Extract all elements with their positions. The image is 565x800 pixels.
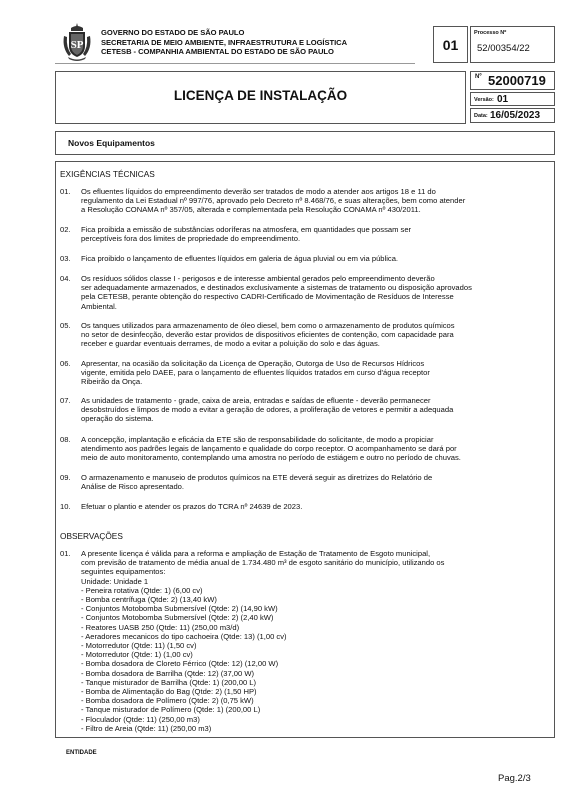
exigencia-item: 06. Apresentar, na ocasião da solicitaçã… — [60, 359, 546, 387]
org-line-cetesb: CETESB - COMPANHIA AMBIENTAL DO ESTADO D… — [101, 47, 347, 57]
document-title: LICENÇA DE INSTALAÇÃO — [174, 88, 347, 103]
item-text: A presente licença é válida para a refor… — [81, 549, 546, 733]
item-number: 05. — [60, 321, 71, 330]
exigencia-item: 05. Os tanques utilizados para armazenam… — [60, 321, 546, 349]
item-text: O armazenamento e manuseio de produtos q… — [81, 473, 546, 491]
version-box: Versão: 01 — [470, 92, 555, 106]
exigencia-item: 10. Efetuar o plantio e atender os prazo… — [60, 502, 546, 511]
item-text: As unidades de tratamento - grade, caixa… — [81, 396, 546, 424]
item-number: 10. — [60, 502, 71, 511]
org-line-secretariat: SECRETARIA DE MEIO AMBIENTE, INFRAESTRUT… — [101, 38, 347, 48]
item-text: Fica proibida a emissão de substâncias o… — [81, 225, 546, 243]
exigencia-item: 02. Fica proibida a emissão de substânci… — [60, 225, 546, 243]
item-text: Os resíduos sólidos classe I - perigosos… — [81, 274, 546, 311]
exigencia-item: 09. O armazenamento e manuseio de produt… — [60, 473, 546, 491]
item-number: 07. — [60, 396, 71, 405]
item-number: 03. — [60, 254, 71, 263]
date-value: 16/05/2023 — [490, 110, 540, 121]
page-number: Pag.2/3 — [498, 773, 531, 784]
item-number: 09. — [60, 473, 71, 482]
date-label: Data: — [474, 113, 488, 119]
page-code: 01 — [443, 37, 459, 53]
item-number: 06. — [60, 359, 71, 368]
item-text: A concepção, implantação e eficácia da E… — [81, 435, 546, 463]
process-number-box: Processo Nº 52/00354/22 — [470, 26, 555, 63]
item-number: 01. — [60, 549, 71, 558]
sao-paulo-coat-of-arms-icon: SP — [62, 22, 92, 62]
item-text: Apresentar, na ocasião da solicitação da… — [81, 359, 546, 387]
issuing-organization: GOVERNO DO ESTADO DE SÃO PAULO SECRETARI… — [101, 28, 347, 57]
date-box: Data: 16/05/2023 — [470, 108, 555, 123]
license-number-box: Nº 52000719 — [470, 71, 555, 90]
exigencia-item: 08. A concepção, implantação e eficácia … — [60, 435, 546, 463]
exigencia-item: 03. Fica proibido o lançamento de efluen… — [60, 254, 546, 263]
item-text: Fica proibido o lançamento de efluentes … — [81, 254, 546, 263]
content-box: EXIGÊNCIAS TÉCNICAS 01. Os efluentes líq… — [55, 161, 555, 738]
exigencia-item: 01. Os efluentes líquidos do empreendime… — [60, 187, 546, 215]
item-number: 04. — [60, 274, 71, 283]
exigencia-item: 07. As unidades de tratamento - grade, c… — [60, 396, 546, 424]
header-divider — [55, 63, 415, 64]
version-label: Versão: — [474, 97, 494, 103]
entity-label: ENTIDADE — [66, 750, 97, 756]
process-number: 52/00354/22 — [477, 43, 530, 54]
item-number: 02. — [60, 225, 71, 234]
item-text: Os efluentes líquidos do empreendimento … — [81, 187, 546, 215]
subject-box: Novos Equipamentos — [55, 131, 555, 155]
org-line-government: GOVERNO DO ESTADO DE SÃO PAULO — [101, 28, 347, 38]
exigencia-item: 04. Os resíduos sólidos classe I - perig… — [60, 274, 546, 311]
subject-text: Novos Equipamentos — [68, 138, 155, 148]
item-number: 08. — [60, 435, 71, 444]
svg-text:SP: SP — [71, 39, 84, 51]
item-text: Efetuar o plantio e atender os prazos do… — [81, 502, 546, 511]
observacao-item: 01. A presente licença é válida para a r… — [60, 549, 546, 733]
item-text: Os tanques utilizados para armazenamento… — [81, 321, 546, 349]
process-label: Processo Nº — [474, 30, 506, 36]
section-title-observacoes: OBSERVAÇÕES — [60, 531, 123, 541]
version-value: 01 — [497, 94, 508, 105]
section-title-exigencias: EXIGÊNCIAS TÉCNICAS — [60, 169, 155, 179]
document-title-box: LICENÇA DE INSTALAÇÃO — [55, 71, 466, 124]
license-number: 52000719 — [488, 73, 546, 88]
license-number-label: Nº — [475, 74, 482, 80]
page-code-box: 01 — [433, 26, 468, 63]
item-number: 01. — [60, 187, 71, 196]
